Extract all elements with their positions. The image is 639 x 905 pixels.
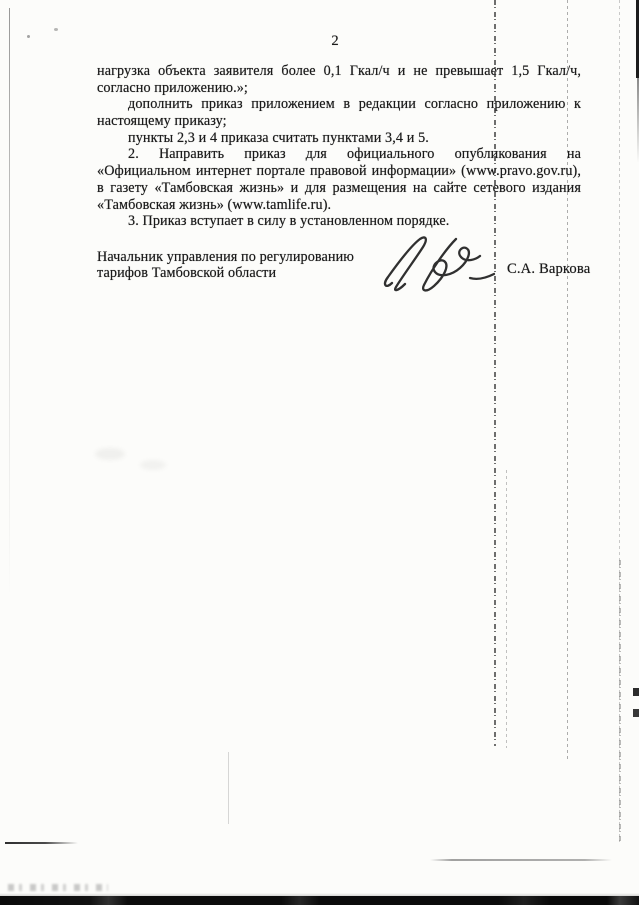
scan-artifact-vertical-line <box>228 752 229 824</box>
body-line: 3. Приказ вступает в силу в установленно… <box>97 213 581 230</box>
signatory-title-line: тарифов Тамбовской области <box>97 265 397 281</box>
signatory-title: Начальник управления по регулированию та… <box>97 249 397 281</box>
body-line: согласно приложению.»; <box>97 80 581 97</box>
scan-artifact-smudge <box>140 460 166 470</box>
body-line: «Официальном интернет портале правовой и… <box>97 163 581 180</box>
scan-artifact-speck <box>27 35 30 38</box>
body-line: в газету «Тамбовская жизнь» и для размещ… <box>97 180 581 197</box>
body-line: дополнить приказ приложением в редакции … <box>97 96 581 113</box>
scan-artifact-smudge <box>95 448 125 460</box>
signature-icon <box>378 233 500 299</box>
scan-artifact-vertical-line <box>619 560 621 842</box>
scan-artifact-bottom-band <box>0 896 639 905</box>
body-line: настоящему приказу; <box>97 113 581 130</box>
body-line: 2. Направить приказ для официального опу… <box>97 146 581 163</box>
scan-artifact-left-edge-line <box>9 8 10 598</box>
scanned-document-page: 2 нагрузка объекта заявителя более 0,1 Г… <box>0 0 639 905</box>
scan-artifact-vertical-line <box>619 0 620 842</box>
scan-artifact-bottom-band-halo <box>0 893 639 896</box>
signatory-name: С.А. Варкова <box>507 261 590 278</box>
scan-artifact-right-edge-mark <box>633 709 639 717</box>
body-line: пункты 2,3 и 4 приказа считать пунктами … <box>97 130 581 147</box>
page-number: 2 <box>300 33 370 50</box>
scan-artifact-horizontal-line <box>430 859 612 861</box>
body-line: нагрузка объекта заявителя более 0,1 Гка… <box>97 63 581 80</box>
scan-artifact-bottom-smudge <box>8 884 108 891</box>
scan-artifact-horizontal-line <box>5 842 78 844</box>
scan-artifact-speck <box>54 28 58 31</box>
document-body: нагрузка объекта заявителя более 0,1 Гка… <box>97 63 581 230</box>
scan-artifact-right-edge-mark <box>633 688 639 696</box>
scan-artifact-right-edge-fade <box>637 78 639 163</box>
scan-artifact-vertical-line <box>506 470 507 748</box>
body-line: «Тамбовская жизнь» (www.tamlife.ru). <box>97 197 581 214</box>
signatory-title-line: Начальник управления по регулированию <box>97 249 397 265</box>
